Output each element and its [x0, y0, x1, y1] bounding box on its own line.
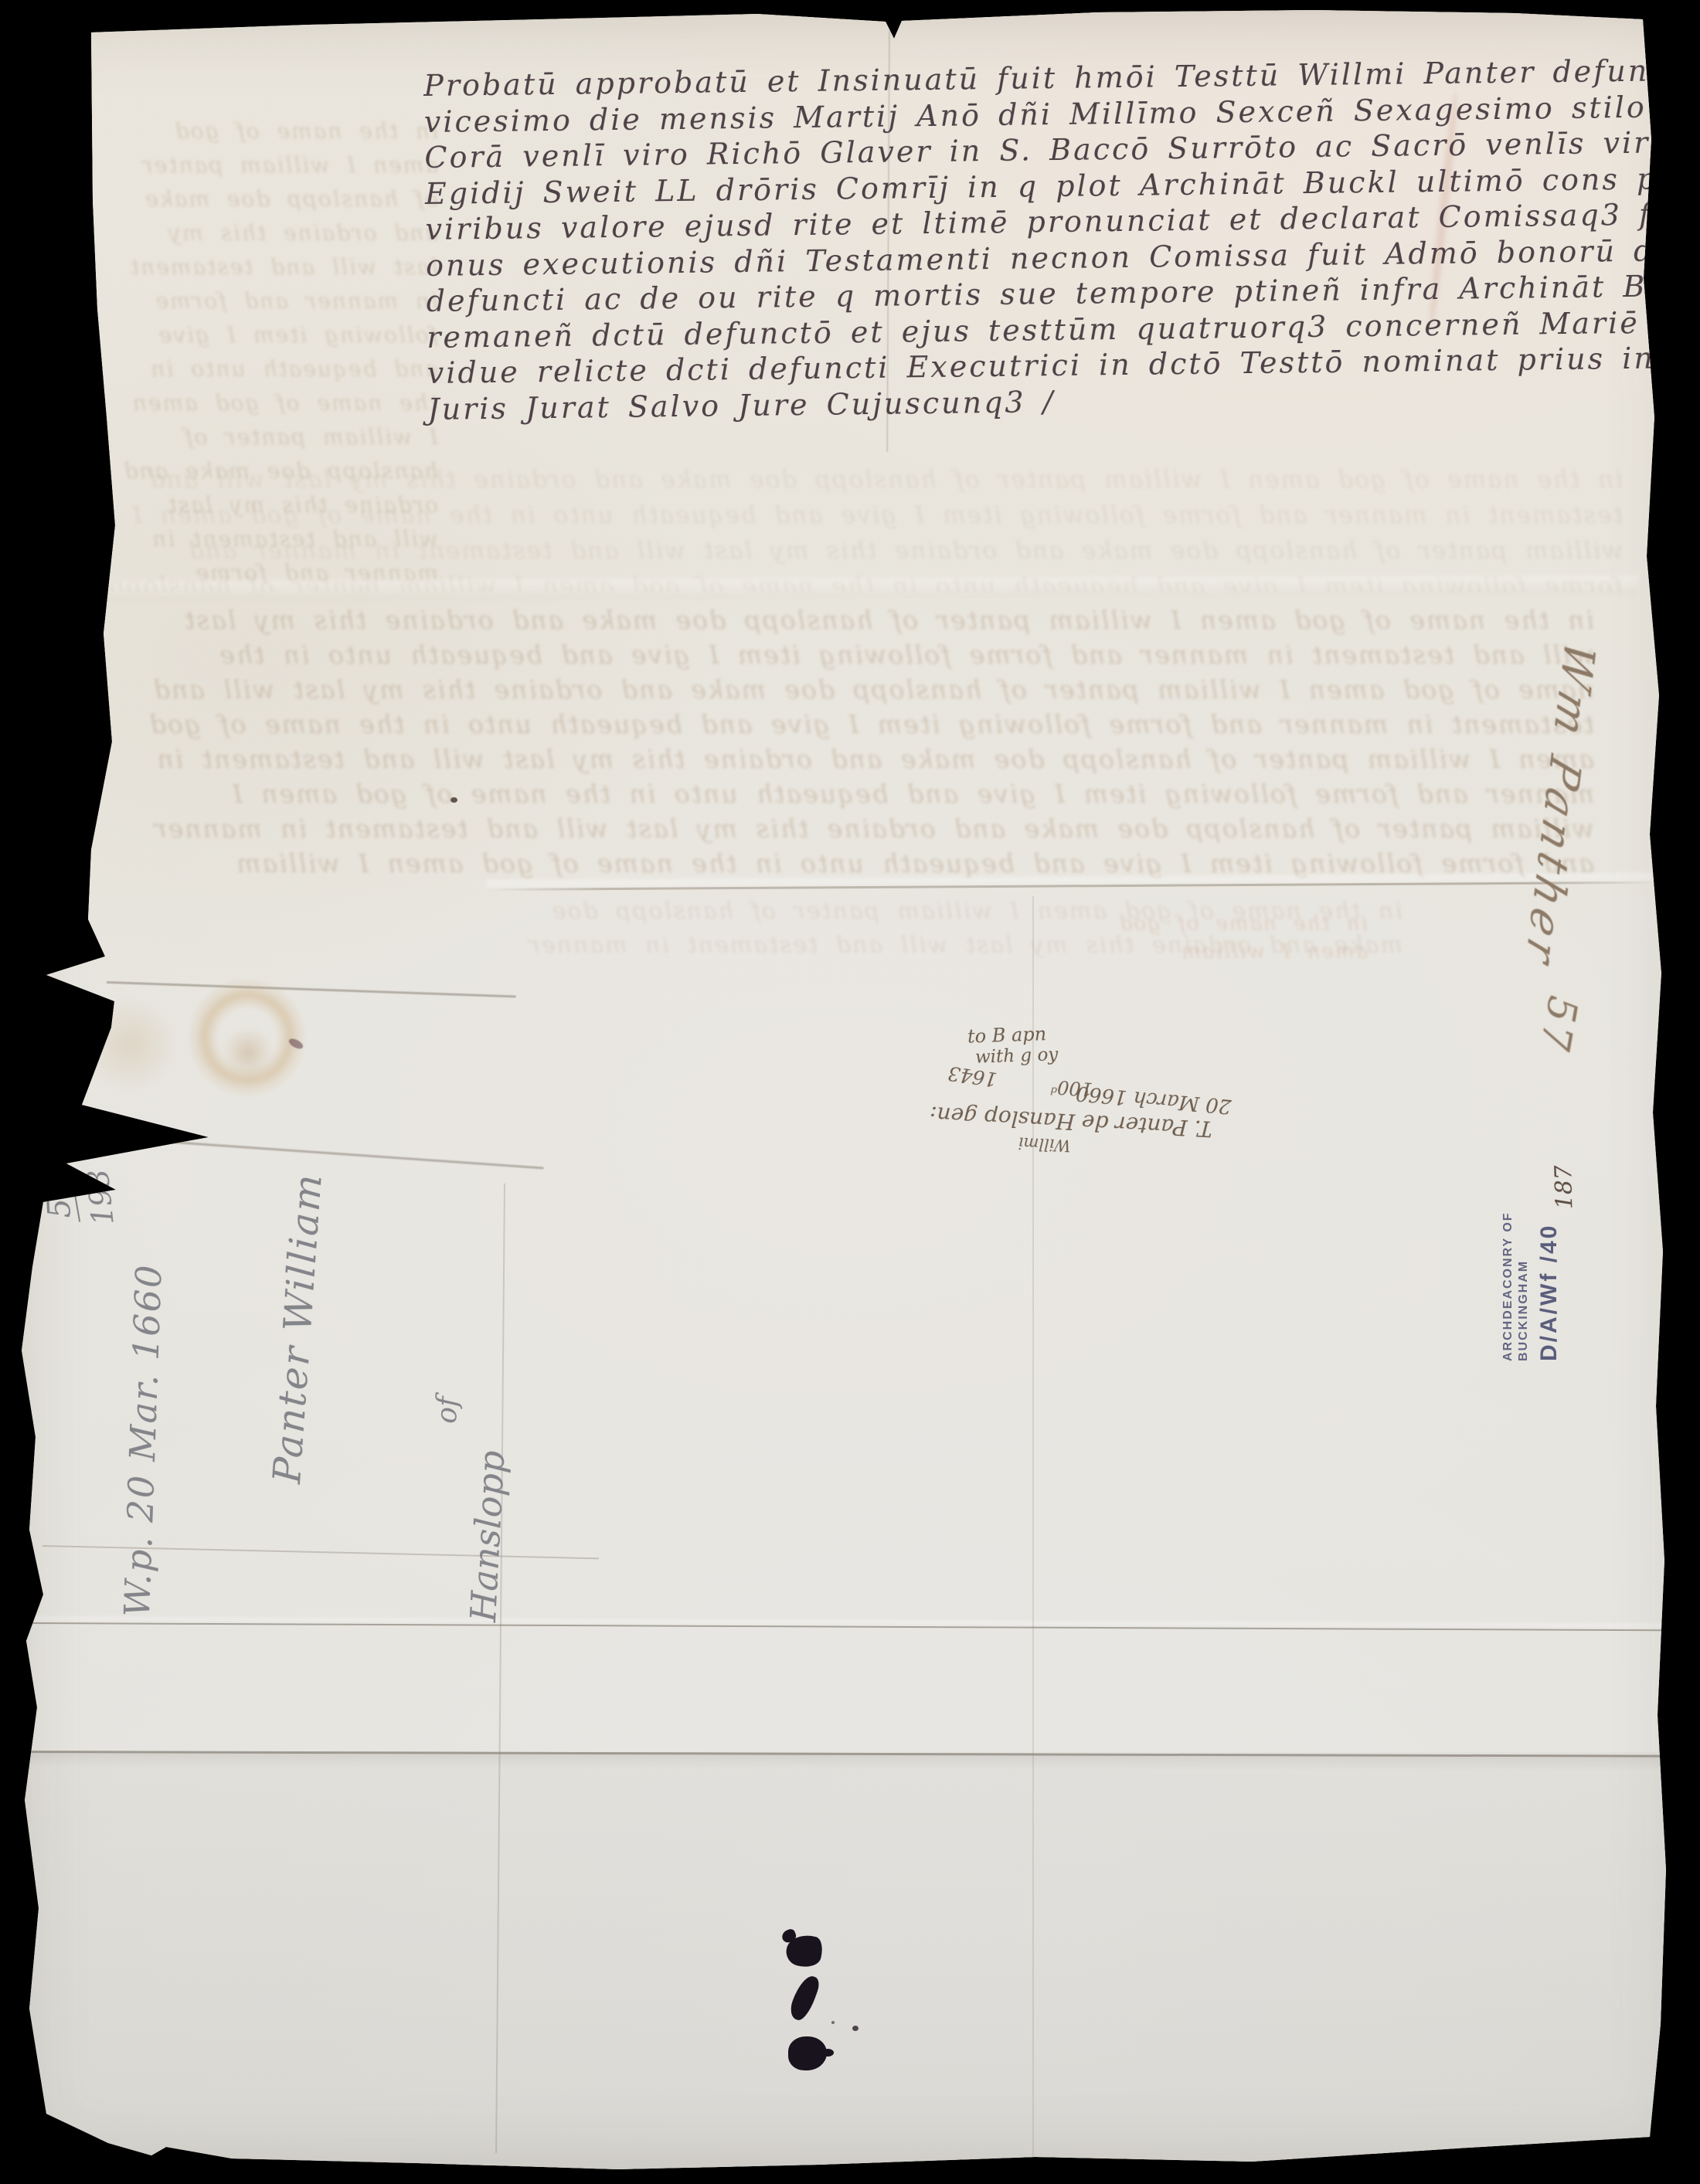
manuscript-photo: in the name of god amen I william panter…	[0, 0, 1700, 2184]
paper-vignette	[0, 0, 1700, 2184]
document-paper: in the name of god amen I william panter…	[0, 0, 1700, 2184]
